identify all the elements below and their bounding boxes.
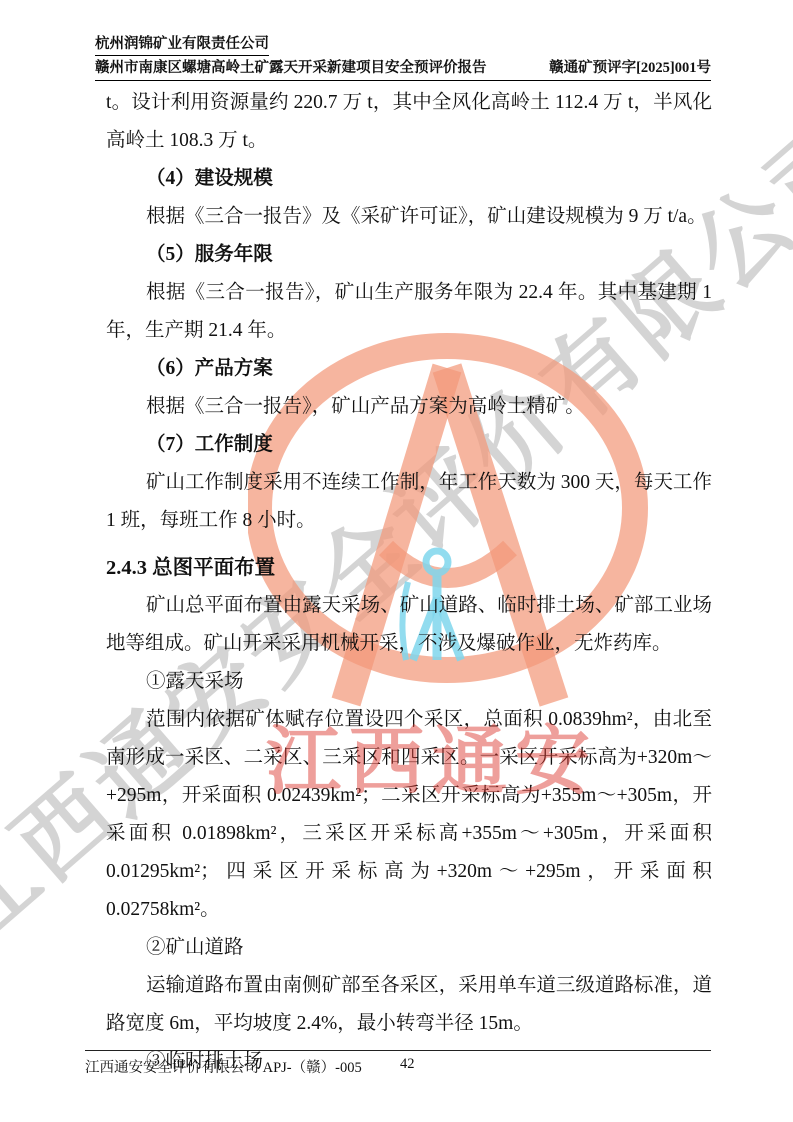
page-footer: 江西通安安全评价有限公司 APJ-（赣）-005 42 bbox=[85, 1050, 711, 1077]
subitem-open-pit: ①露天采场 bbox=[106, 663, 712, 701]
paragraph-work-system: 矿山工作制度采用不连续工作制，年工作天数为 300 天，每天工作 1 班，每班工… bbox=[106, 464, 712, 540]
paragraph-product-plan: 根据《三合一报告》，矿山产品方案为高岭土精矿。 bbox=[106, 388, 712, 426]
header-company-line: 杭州润锦矿业有限责任公司 bbox=[95, 34, 711, 56]
section-heading-6: （6）产品方案 bbox=[106, 350, 712, 388]
paragraph-service-life: 根据《三合一报告》，矿山生产服务年限为 22.4 年。其中基建期 1 年，生产期… bbox=[106, 274, 712, 350]
header-report-line: 赣州市南康区螺塘高岭土矿露天开采新建项目安全预评价报告 赣通矿预评字[2025]… bbox=[95, 58, 711, 81]
paragraph-mining-areas: 范围内依据矿体赋存位置设四个采区，总面积 0.0839hm²，由北至南形成一采区… bbox=[106, 701, 712, 929]
header-report-title: 赣州市南康区螺塘高岭土矿露天开采新建项目安全预评价报告 bbox=[95, 58, 487, 78]
page-number: 42 bbox=[400, 1056, 415, 1073]
footer-company-code: 江西通安安全评价有限公司 APJ-（赣）-005 bbox=[85, 1060, 362, 1076]
paragraph-road-spec: 运输道路布置由南侧矿部至各采区，采用单车道三级道路标准，道路宽度 6m，平均坡度… bbox=[106, 967, 712, 1043]
section-heading-5: （5）服务年限 bbox=[106, 236, 712, 274]
section-heading-7: （7）工作制度 bbox=[106, 426, 712, 464]
paragraph-layout-overview: 矿山总平面布置由露天采场、矿山道路、临时排土场、矿部工业场地等组成。矿山开采采用… bbox=[106, 587, 712, 663]
paragraph-scale: 根据《三合一报告》及《采矿许可证》，矿山建设规模为 9 万 t/a。 bbox=[106, 198, 712, 236]
header-company-name: 杭州润锦矿业有限责任公司 bbox=[95, 34, 269, 56]
document-body: t。设计利用资源量约 220.7 万 t，其中全风化高岭土 112.4 万 t，… bbox=[106, 84, 712, 1081]
section-heading-243: 2.4.3 总图平面布置 bbox=[106, 549, 712, 587]
paragraph-resources: t。设计利用资源量约 220.7 万 t，其中全风化高岭土 112.4 万 t，… bbox=[106, 84, 712, 160]
header-doc-number: 赣通矿预评字[2025]001号 bbox=[549, 58, 711, 78]
document-page: 江西通安安全评价有限公司 江西通安 杭州润锦矿业有限责任公司 bbox=[0, 0, 793, 1122]
page-header: 杭州润锦矿业有限责任公司 赣州市南康区螺塘高岭土矿露天开采新建项目安全预评价报告… bbox=[95, 34, 711, 81]
section-heading-4: （4）建设规模 bbox=[106, 160, 712, 198]
subitem-mine-road: ②矿山道路 bbox=[106, 929, 712, 967]
